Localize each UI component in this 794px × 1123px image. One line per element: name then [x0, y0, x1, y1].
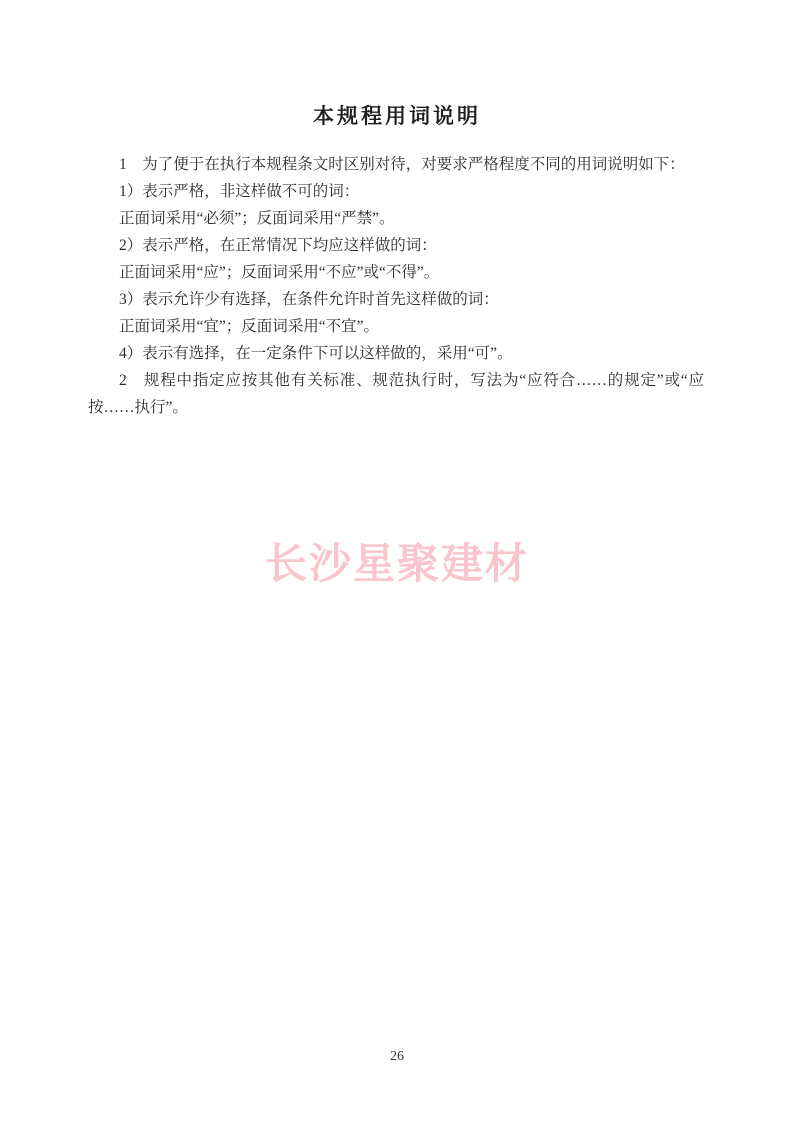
body-paragraph: 1 为了便于在执行本规程条文时区别对待，对要求严格程度不同的用词说明如下： — [88, 151, 704, 178]
page-title: 本规程用词说明 — [0, 100, 794, 130]
body-paragraph: 1）表示严格，非这样做不可的词： — [88, 178, 704, 205]
body-paragraph: 3）表示允许少有选择，在条件允许时首先这样做的词： — [88, 286, 704, 313]
page-number: 26 — [0, 1049, 794, 1065]
body-paragraph: 2）表示严格，在正常情况下均应这样做的词： — [88, 232, 704, 259]
document-body: 1 为了便于在执行本规程条文时区别对待，对要求严格程度不同的用词说明如下： 1）… — [88, 151, 704, 421]
document-page: 本规程用词说明 1 为了便于在执行本规程条文时区别对待，对要求严格程度不同的用词… — [0, 0, 794, 1123]
watermark: 长沙星聚建材 — [0, 531, 794, 591]
body-paragraph: 4）表示有选择，在一定条件下可以这样做的，采用“可”。 — [88, 340, 704, 367]
body-paragraph: 正面词采用“宜”；反面词采用“不宜”。 — [88, 313, 704, 340]
body-paragraph: 2 规程中指定应按其他有关标准、规范执行时，写法为“应符合……的规定”或“应按…… — [88, 367, 704, 421]
body-paragraph: 正面词采用“必须”；反面词采用“严禁”。 — [88, 205, 704, 232]
body-paragraph: 正面词采用“应”；反面词采用“不应”或“不得”。 — [88, 259, 704, 286]
